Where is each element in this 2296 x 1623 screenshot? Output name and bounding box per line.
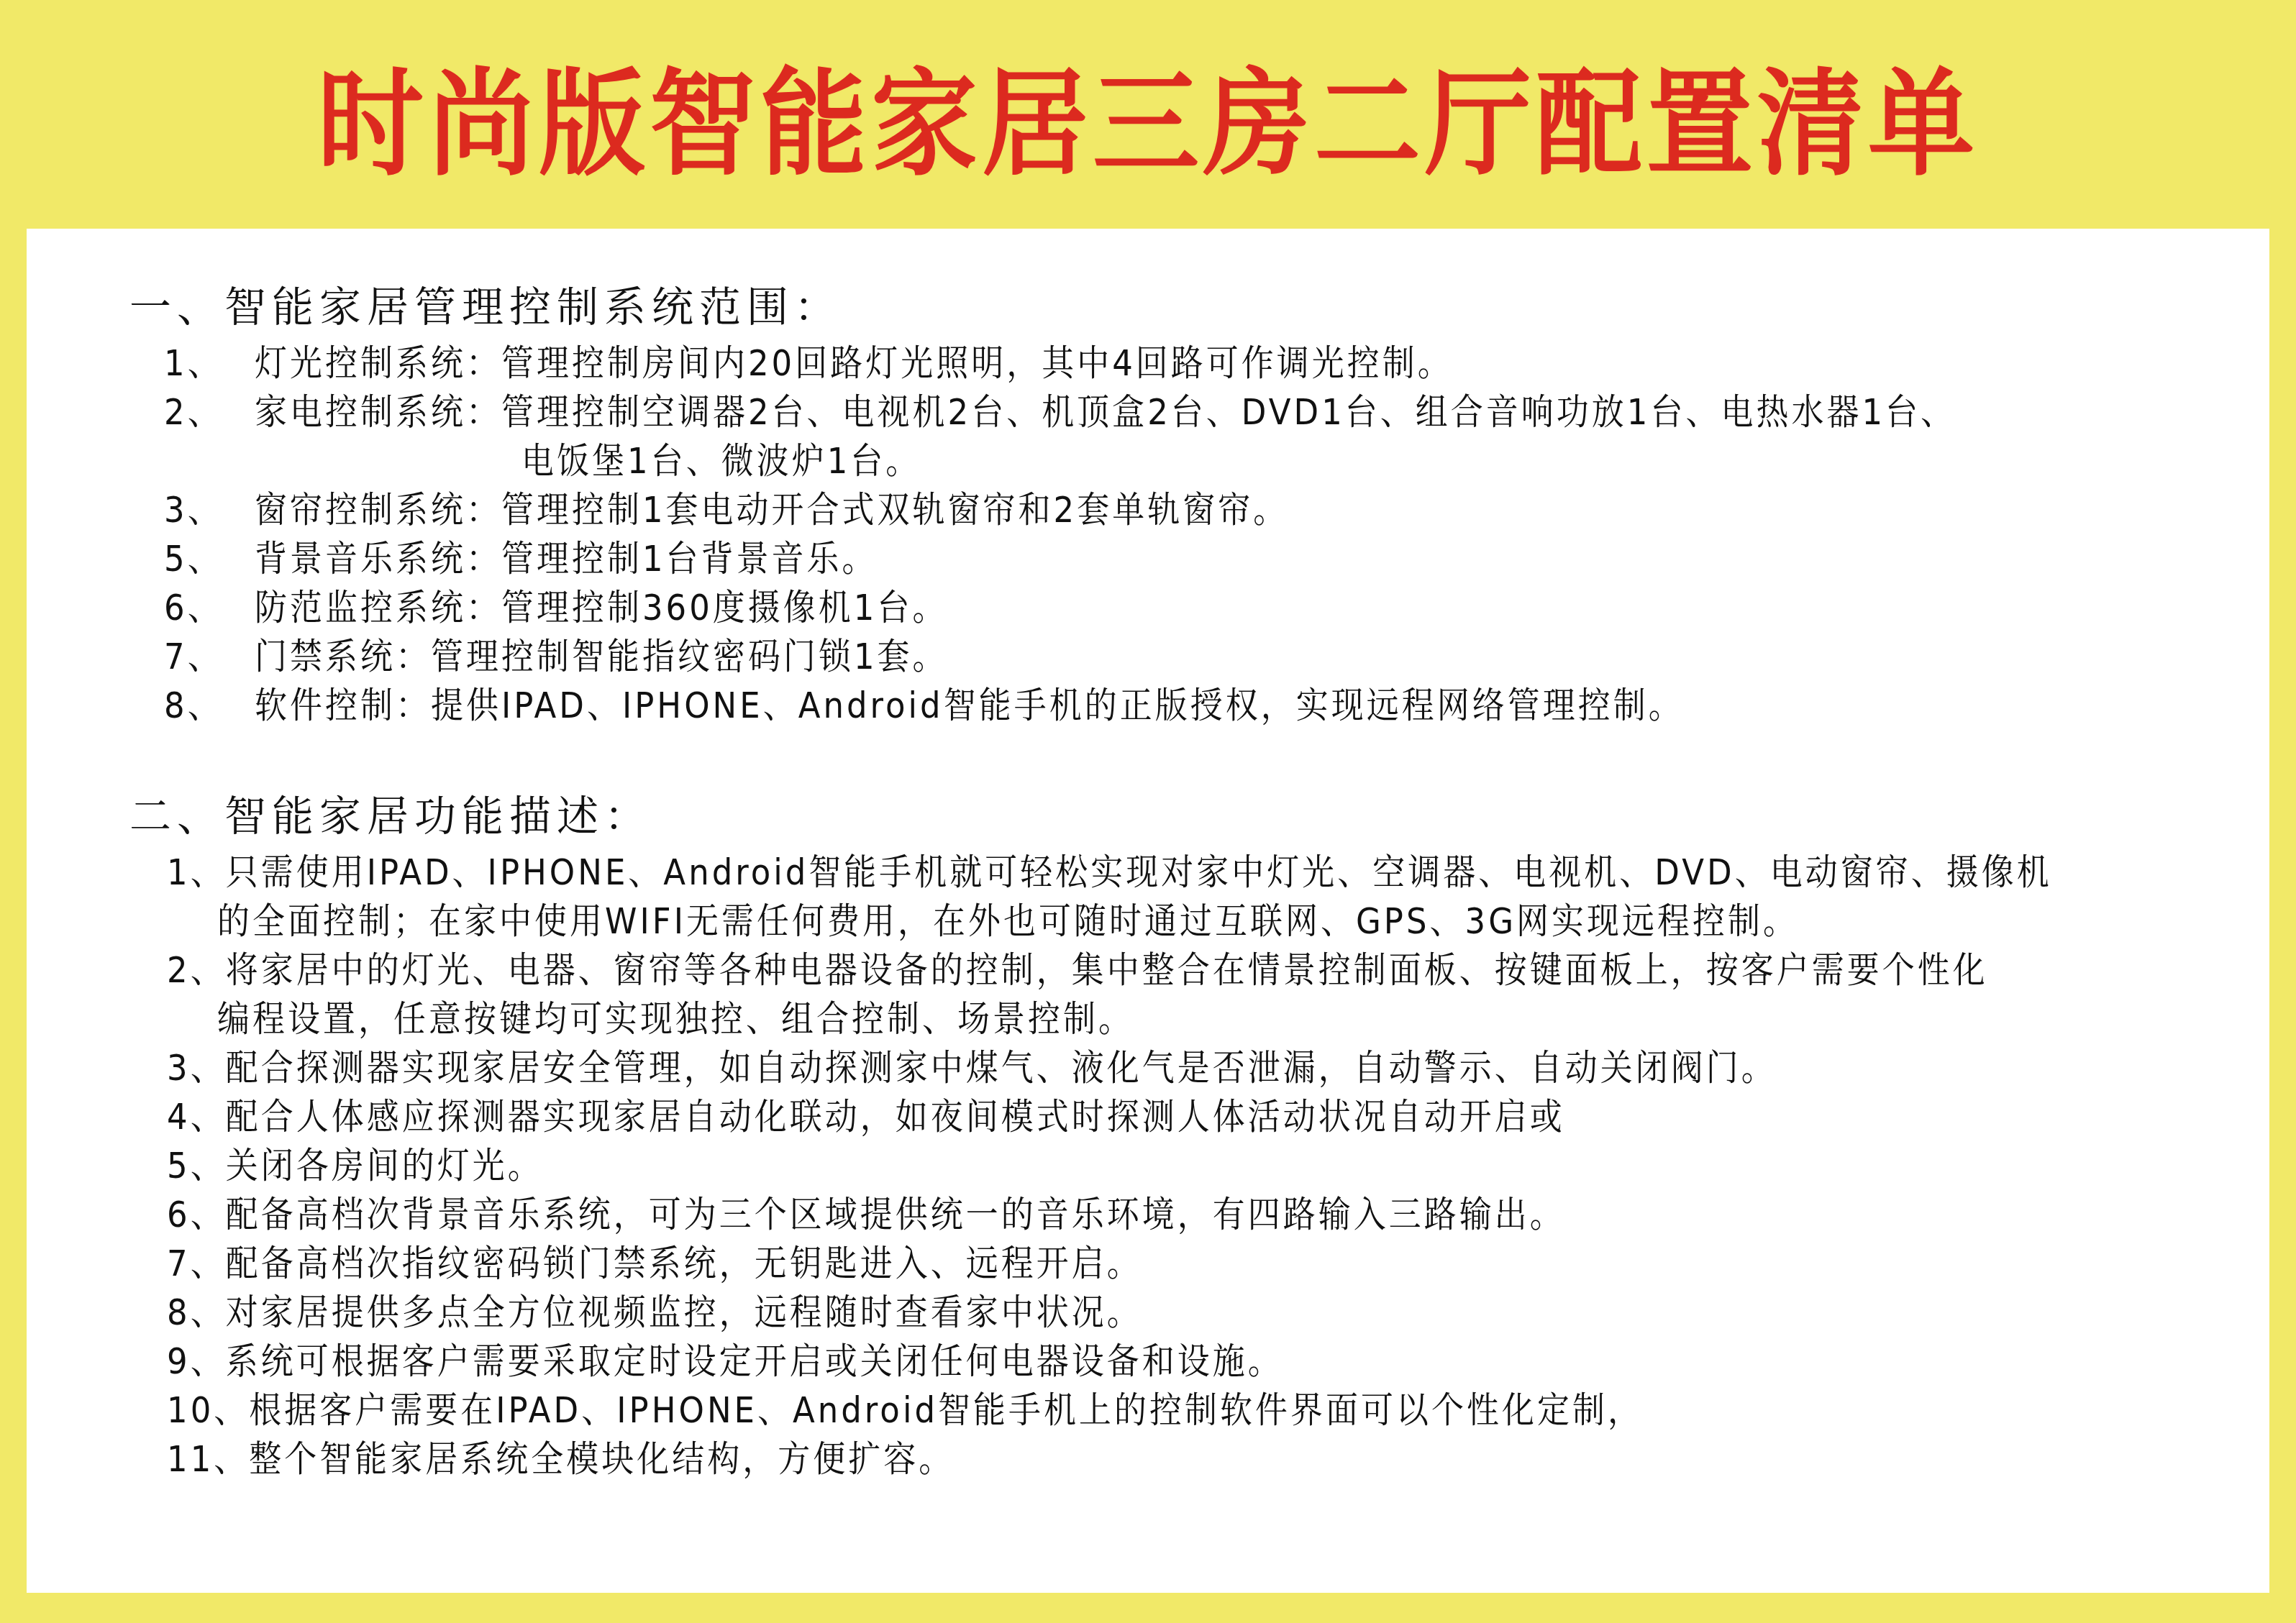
item-number: 9、 (167, 1339, 226, 1384)
item-text: 管理控制360度摄像机1台。 (501, 586, 948, 628)
item-text: 配备高档次背景音乐系统，可为三个区域提供统一的音乐环境，有四路输入三路输出。 (226, 1193, 1565, 1235)
function-item-11: 11、整个智能家居系统全模块化结构，方便扩容。 (167, 1437, 954, 1482)
section-heading-scope: 一、智能家居管理控制系统范围： (129, 282, 842, 332)
function-item-1-continuation: 的全面控制；在家中使用WIFI无需任何费用，在外也可随时通过互联网、GPS、3G… (217, 899, 1798, 944)
function-item-8: 8、对家居提供多点全方位视频监控，远程随时查看家中状况。 (167, 1290, 1142, 1335)
function-item-3: 3、配合探测器实现家居安全管理，如自动探测家中煤气、液化气是否泄漏，自动警示、自… (167, 1046, 1777, 1091)
function-item-6: 6、配备高档次背景音乐系统，可为三个区域提供统一的音乐环境，有四路输入三路输出。 (167, 1192, 1565, 1238)
item-number: 1、 (164, 341, 223, 386)
item-text: 管理控制智能指纹密码门锁1套。 (431, 635, 948, 677)
item-text: 将家居中的灯光、电器、窗帘等各种电器设备的控制，集中整合在情景控制面板、按键面板… (226, 948, 1988, 991)
scope-item-6: 6、 防范监控系统：管理控制360度摄像机1台。 (164, 585, 948, 631)
item-number: 8、 (167, 1290, 226, 1335)
item-text: 管理控制房间内20回路灯光照明，其中4回路可作调光控制。 (501, 342, 1453, 384)
item-text: 根据客户需要在IPAD、IPHONE、Android智能手机上的控制软件界面可以… (249, 1389, 1643, 1431)
section-heading-functions: 二、智能家居功能描述： (129, 791, 652, 841)
item-number: 4、 (167, 1094, 226, 1140)
item-text: 管理控制空调器2台、电视机2台、机顶盒2台、DVD1台、组合音响功放1台、电热水… (501, 390, 1956, 433)
item-number: 6、 (164, 585, 223, 631)
item-number: 2、 (164, 390, 223, 435)
item-text: 管理控制1台背景音乐。 (501, 537, 878, 580)
item-text: 提供IPAD、IPHONE、Android智能手机的正版授权，实现远程网络管理控… (431, 684, 1684, 726)
item-number: 1、 (167, 850, 226, 895)
item-text: 整个智能家居系统全模块化结构，方便扩容。 (249, 1437, 954, 1480)
item-number: 11、 (167, 1437, 249, 1482)
scope-item-7: 7、 门禁系统：管理控制智能指纹密码门锁1套。 (164, 634, 948, 680)
item-number: 2、 (167, 948, 226, 993)
item-text: 系统可根据客户需要采取定时设定开启或关闭任何电器设备和设施。 (226, 1340, 1283, 1382)
item-label: 背景音乐系统： (255, 536, 501, 582)
scope-item-2: 2、 家电控制系统：管理控制空调器2台、电视机2台、机顶盒2台、DVD1台、组合… (164, 390, 1956, 435)
function-item-10: 10、根据客户需要在IPAD、IPHONE、Android智能手机上的控制软件界… (167, 1388, 1643, 1433)
scope-item-2-continuation: 电饭堡1台、微波炉1台。 (521, 439, 921, 484)
item-number: 5、 (164, 536, 223, 582)
function-item-7: 7、配备高档次指纹密码锁门禁系统，无钥匙进入、远程开启。 (167, 1241, 1142, 1286)
function-item-5: 5、关闭各房间的灯光。 (167, 1143, 543, 1189)
item-label: 软件控制： (255, 683, 431, 728)
item-text: 配备高档次指纹密码锁门禁系统，无钥匙进入、远程开启。 (226, 1242, 1142, 1284)
scope-item-8: 8、 软件控制：提供IPAD、IPHONE、Android智能手机的正版授权，实… (164, 683, 1684, 728)
item-label: 防范监控系统： (255, 585, 501, 631)
item-number: 10、 (167, 1388, 249, 1433)
function-item-2: 2、将家居中的灯光、电器、窗帘等各种电器设备的控制，集中整合在情景控制面板、按键… (167, 948, 1988, 993)
item-number: 5、 (167, 1143, 226, 1189)
function-item-4: 4、配合人体感应探测器实现家居自动化联动，如夜间模式时探测人体活动状况自动开启或 (167, 1094, 1565, 1140)
item-text: 关闭各房间的灯光。 (226, 1144, 543, 1187)
item-number: 7、 (164, 634, 223, 680)
item-text: 配合探测器实现家居安全管理，如自动探测家中煤气、液化气是否泄漏，自动警示、自动关… (226, 1046, 1777, 1089)
function-item-9: 9、系统可根据客户需要采取定时设定开启或关闭任何电器设备和设施。 (167, 1339, 1283, 1384)
scope-item-1: 1、 灯光控制系统：管理控制房间内20回路灯光照明，其中4回路可作调光控制。 (164, 341, 1453, 386)
item-text: 管理控制1套电动开合式双轨窗帘和2套单轨窗帘。 (501, 488, 1288, 531)
page-title: 时尚版智能家居三房二厅配置清单 (0, 58, 2296, 191)
item-text: 配合人体感应探测器实现家居自动化联动，如夜间模式时探测人体活动状况自动开启或 (226, 1095, 1565, 1138)
item-number: 3、 (167, 1046, 226, 1091)
item-label: 灯光控制系统： (255, 341, 501, 386)
scope-item-3: 3、 窗帘控制系统：管理控制1套电动开合式双轨窗帘和2套单轨窗帘。 (164, 488, 1288, 533)
function-item-2-continuation: 编程设置，任意按键均可实现独控、组合控制、场景控制。 (217, 997, 1134, 1042)
item-text: 只需使用IPAD、IPHONE、Android智能手机就可轻松实现对家中灯光、空… (226, 851, 2052, 893)
item-number: 6、 (167, 1192, 226, 1238)
item-label: 门禁系统： (255, 634, 431, 680)
item-text: 对家居提供多点全方位视频监控，远程随时查看家中状况。 (226, 1291, 1142, 1333)
item-number: 8、 (164, 683, 223, 728)
item-label: 窗帘控制系统： (255, 488, 501, 533)
function-item-1: 1、只需使用IPAD、IPHONE、Android智能手机就可轻松实现对家中灯光… (167, 850, 2052, 895)
item-label: 家电控制系统： (255, 390, 501, 435)
item-number: 3、 (164, 488, 223, 533)
scope-item-5: 5、 背景音乐系统：管理控制1台背景音乐。 (164, 536, 878, 582)
item-number: 7、 (167, 1241, 226, 1286)
